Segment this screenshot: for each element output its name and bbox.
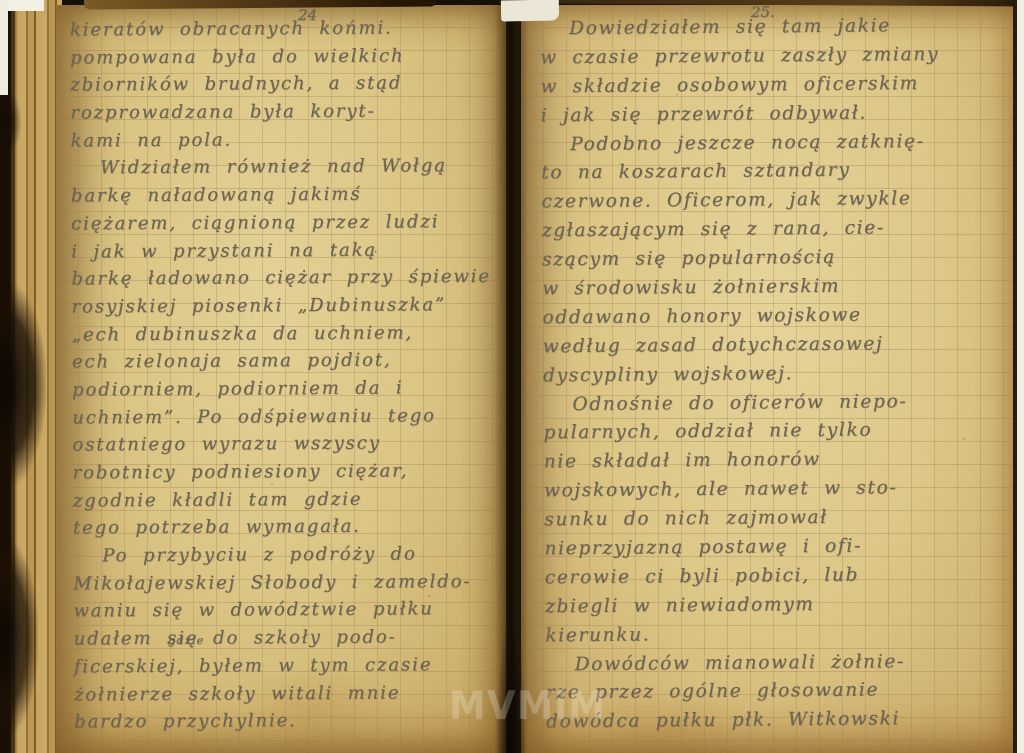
handwritten-line: bardzo przychylnie. [74, 706, 506, 737]
spine-tear-blotch [0, 92, 22, 152]
handwritten-line: barkę naładowaną jakimś [71, 180, 506, 211]
handwritten-line: szącym się popularnością [542, 242, 1024, 276]
handwritten-line: w środowisku żołnierskim [542, 271, 1024, 305]
left-page-text: kieratów obracanych końmi.pompowana była… [70, 13, 506, 736]
handwritten-line: Dowiedziałem się tam jakie [540, 11, 1024, 45]
handwritten-line: zbiorników brudnych, a stąd [70, 69, 506, 100]
handwritten-line: barkę ładowano ciężar przy śpiewie [71, 263, 506, 294]
handwritten-line: waniu się w dowództwie pułku [73, 595, 506, 626]
handwritten-line: w składzie osobowym oficerskim [540, 68, 1024, 102]
handwritten-line: rosyjskiej piosenki „Dubinuszka” [71, 290, 506, 321]
handwritten-line: sunku do nich zajmował [544, 502, 1024, 536]
handwritten-line: to na koszarach sztandary [541, 155, 1024, 189]
handwritten-line: dowódca pułku płk. Witkowski [546, 704, 1024, 738]
right-page-text: Dowiedziałem się tam jakiew czasie przew… [540, 11, 1024, 738]
handwritten-line: czerwone. Oficerom, jak zwykle [541, 184, 1024, 218]
handwritten-line: zgłaszającym się z rana, cie- [542, 213, 1024, 247]
handwritten-line: pompowana była do wielkich [70, 41, 506, 72]
handwritten-line: Odnośnie do oficerów niepo- [543, 386, 1024, 420]
handwritten-line: Mikołajewskiej Słobody i zameldo- [73, 567, 506, 598]
watermark: MVMiM [449, 683, 606, 729]
handwritten-line: w czasie przewrotu zaszły zmiany [540, 40, 1024, 74]
spine-tear-blotch [0, 285, 46, 485]
handwritten-line: według zasad dotychczasowej [543, 328, 1024, 362]
notebook-scan: 24 kieratów obracanych końmi.pompowana b… [0, 0, 1024, 753]
handwritten-line: kieratów obracanych końmi. [70, 13, 506, 44]
handwritten-line: i jak w przystani na taką [71, 235, 506, 266]
handwritten-line: ciężarem, ciągnioną przez ludzi [71, 207, 506, 238]
handwritten-line: kami na pola. [70, 124, 506, 155]
scan-background-gutter-top [501, 0, 559, 22]
handwritten-line: dyscypliny wojskowej. [543, 357, 1024, 391]
handwritten-line: rze przez ogólne głosowanie [546, 675, 1024, 709]
scan-background-right [1017, 0, 1024, 753]
handwritten-line: rozprowadzana była koryt- [70, 97, 506, 128]
handwritten-line: ech zielonaja sama pojdiot, [72, 346, 506, 377]
handwritten-line: oddawano honory wojskowe [542, 300, 1024, 334]
handwritten-line: wojskowych, ale nawet w sto- [544, 473, 1024, 507]
handwritten-line: zbiegli w niewiadomym [545, 588, 1024, 622]
handwritten-line: ficerskiej, byłem w tym czasie [74, 650, 506, 681]
scan-edge-line [1013, 0, 1017, 753]
handwritten-line: robotnicy podniesiony ciężar, [73, 456, 506, 487]
handwritten-line: uchniem”. Po odśpiewaniu tego [72, 401, 506, 432]
handwritten-line: żołnierze szkoły witali mnie [74, 678, 506, 709]
gutter-shadow [494, 0, 528, 753]
spine-tear-blotch [0, 540, 38, 735]
left-page: 24 kieratów obracanych końmi.pompowana b… [56, 5, 506, 753]
handwritten-line: Widziałem również nad Wołgą [71, 152, 506, 183]
right-page: 25. Dowiedziałem się tam jakiew czasie p… [521, 5, 1024, 753]
handwritten-line: tego potrzeba wymagała. [73, 512, 506, 543]
handwritten-line: cerowie ci byli pobici, lub [545, 560, 1024, 594]
handwritten-line: Podobno jeszcze nocą zatknię- [541, 126, 1024, 160]
handwritten-line: i jak się przewrót odbywał. [541, 97, 1024, 131]
page-number-right: 25. [751, 5, 775, 21]
scan-background-left [0, 0, 8, 95]
handwritten-line: nie składał im honorów [544, 444, 1024, 478]
handwritten-line: ostatniego wyrazu wszyscy [72, 429, 506, 460]
page-number-left: 24 [298, 6, 317, 24]
inserted-word: gdzie [168, 633, 204, 647]
handwritten-line: „ech dubinuszka da uchniem, [72, 318, 506, 349]
handwritten-line: Dowódców mianowali żołnie- [545, 646, 1024, 680]
handwritten-line: nieprzyjazną postawę i ofi- [544, 531, 1024, 565]
handwritten-line: pularnych, oddział nie tylko [543, 415, 1024, 449]
handwritten-line: zgodnie kładli tam gdzie [73, 484, 506, 515]
handwritten-line: podiorniem, podiorniem da i [72, 373, 506, 404]
handwritten-line: Po przybyciu z podróży do [73, 540, 506, 571]
handwritten-line: kierunku. [545, 617, 1024, 651]
handwritten-line: udałem się do szkoły podo- [74, 623, 506, 654]
